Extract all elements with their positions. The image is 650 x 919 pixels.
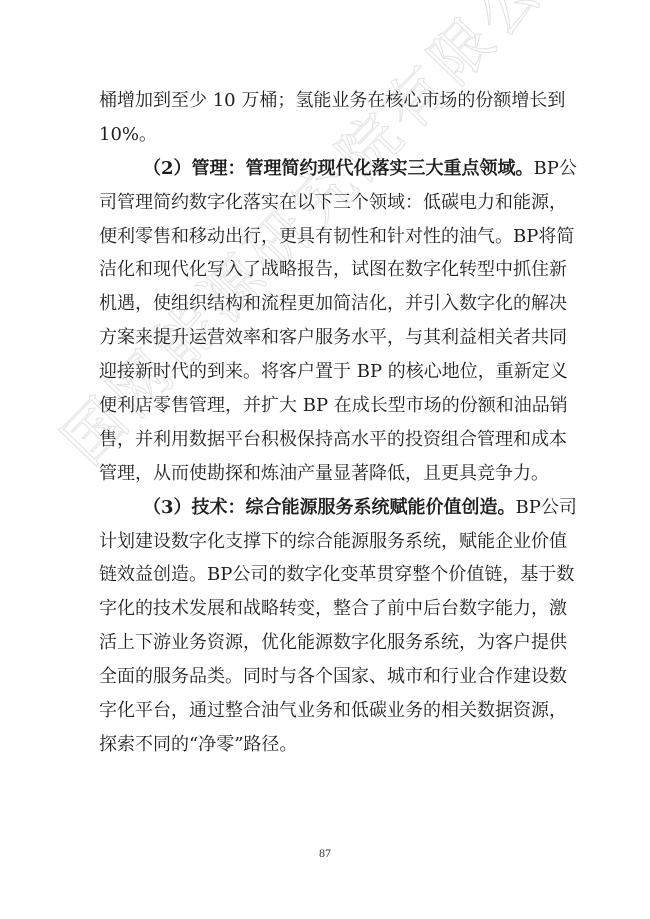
text-line: 洁化和现代化写入了战略报告，试图在数字化转型中抓住新 <box>99 253 551 287</box>
line-text: 售，并利用数据平台积极保持高水平的投资组合管理和成本 <box>99 429 567 450</box>
text-line: 便利零售和移动出行，更具有韧性和针对性的油气。BP将简 <box>99 220 551 254</box>
line-text: 机遇，使组织结构和流程更加简洁化，并引入数字化的解决 <box>99 293 567 314</box>
heading-text: （3）技术：综合能源服务系统赋能价值创造。 <box>143 497 516 518</box>
text-line: 迎接新时代的到来。将客户置于 BP 的核心地位，重新定义 <box>99 355 551 389</box>
text-line: 管理，从而使勘探和炼油产量显著降低，且更具竞争力。 <box>99 457 551 491</box>
text-line: 10%。 <box>99 118 551 152</box>
text-line: 便利店零售管理，并扩大 BP 在成长型市场的份额和油品销 <box>99 389 551 423</box>
line-text: BP公 <box>534 158 577 179</box>
line-text: 10%。 <box>99 124 157 145</box>
line-text: 全面的服务品类。同时与各个国家、城市和行业合作建设数 <box>99 666 567 687</box>
line-text: 管理，从而使勘探和炼油产量显著降低，且更具竞争力。 <box>99 463 549 484</box>
text-line: 链效益创造。BP公司的数字化变革贯穿整个价值链，基于数 <box>99 558 551 592</box>
page-number: 87 <box>0 846 650 861</box>
section-heading-technology: （3）技术：综合能源服务系统赋能价值创造。BP公司 <box>99 491 551 525</box>
line-text: 计划建设数字化支撑下的综合能源服务系统，赋能企业价值 <box>99 531 567 552</box>
text-line: 字化的技术发展和战略转变，整合了前中后台数字能力，激 <box>99 592 551 626</box>
text-line: 探索不同的“净零”路径。 <box>99 728 551 762</box>
text-line: 全面的服务品类。同时与各个国家、城市和行业合作建设数 <box>99 660 551 694</box>
line-text: 方案来提升运营效率和客户服务水平，与其利益相关者共同 <box>99 327 567 348</box>
line-text: 迎接新时代的到来。将客户置于 BP 的核心地位，重新定义 <box>99 361 568 382</box>
line-text: 字化的技术发展和战略转变，整合了前中后台数字能力，激 <box>99 598 567 619</box>
line-text: 探索不同的“净零”路径。 <box>99 734 297 755</box>
text-line: 字化平台，通过整合油气业务和低碳业务的相关数据资源， <box>99 694 551 728</box>
text-line: 司管理简约数字化落实在以下三个领域：低碳电力和能源， <box>99 186 551 220</box>
heading-text: （2）管理：管理简约现代化落实三大重点领域。 <box>143 158 534 179</box>
line-text: 活上下游业务资源，优化能源数字化服务系统，为客户提供 <box>99 632 567 653</box>
text-line: 方案来提升运营效率和客户服务水平，与其利益相关者共同 <box>99 321 551 355</box>
line-text: 司管理简约数字化落实在以下三个领域：低碳电力和能源， <box>99 192 567 213</box>
line-text: 便利零售和移动出行，更具有韧性和针对性的油气。BP将简 <box>99 226 574 247</box>
line-text: 便利店零售管理，并扩大 BP 在成长型市场的份额和油品销 <box>99 395 568 416</box>
text-line: 售，并利用数据平台积极保持高水平的投资组合管理和成本 <box>99 423 551 457</box>
document-page: 国网能源研究院有限公司 桶增加到至少 10 万桶；氢能业务在核心市场的份额增长到… <box>0 0 650 919</box>
line-text: 链效益创造。BP公司的数字化变革贯穿整个价值链，基于数 <box>99 564 574 585</box>
text-line: 机遇，使组织结构和流程更加简洁化，并引入数字化的解决 <box>99 287 551 321</box>
text-line: 活上下游业务资源，优化能源数字化服务系统，为客户提供 <box>99 626 551 660</box>
body-text: 桶增加到至少 10 万桶；氢能业务在核心市场的份额增长到 10%。 （2）管理：… <box>99 84 551 762</box>
text-line: 计划建设数字化支撑下的综合能源服务系统，赋能企业价值 <box>99 525 551 559</box>
line-text: 字化平台，通过整合油气业务和低碳业务的相关数据资源， <box>99 700 567 721</box>
text-line: 桶增加到至少 10 万桶；氢能业务在核心市场的份额增长到 <box>99 84 551 118</box>
line-text: 洁化和现代化写入了战略报告，试图在数字化转型中抓住新 <box>99 259 567 280</box>
line-text: BP公司 <box>516 497 577 518</box>
line-text: 桶增加到至少 10 万桶；氢能业务在核心市场的份额增长到 <box>99 90 565 111</box>
section-heading-management: （2）管理：管理简约现代化落实三大重点领域。BP公 <box>99 152 551 186</box>
